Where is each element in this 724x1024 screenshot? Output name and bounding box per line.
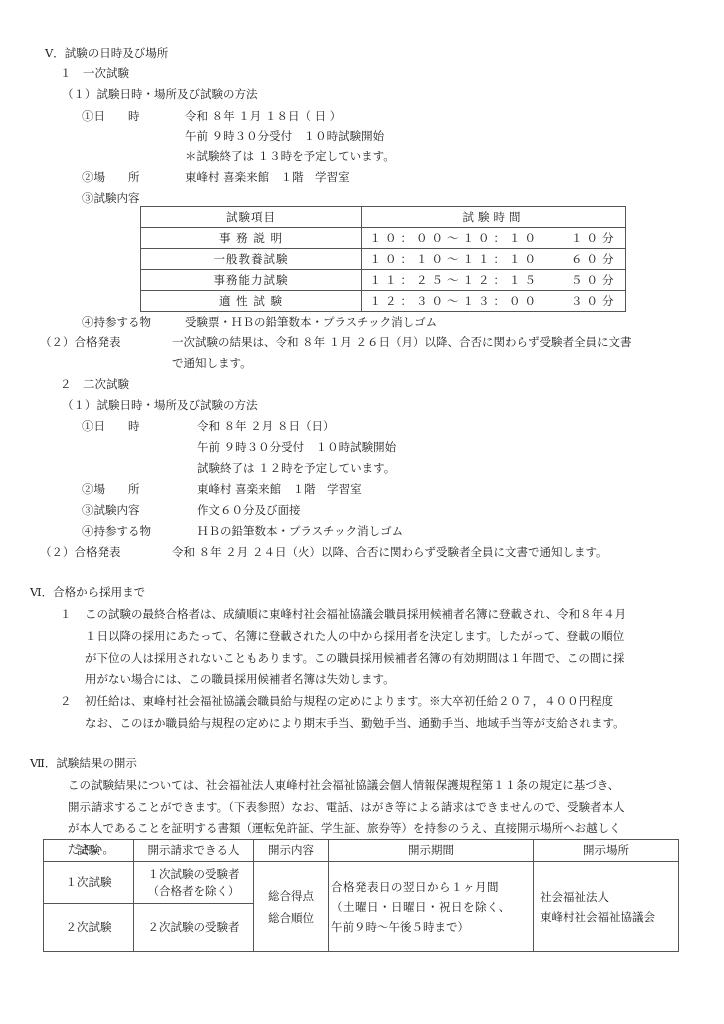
second-end-note: 試験終了は １２時を予定しています。 bbox=[197, 459, 395, 477]
table-cell: １２：３０～１３：００ ３０分 bbox=[362, 291, 626, 312]
table-cell: 一般教養試験 bbox=[141, 249, 362, 270]
first-exam-heading: １ 一次試験 bbox=[60, 64, 129, 82]
table-cell-line: 東峰村社会福祉協議会 bbox=[540, 907, 678, 927]
table-cell: １１：２５～１２：１５ ５０分 bbox=[362, 270, 626, 291]
second-bring-value: ＨＢの鉛筆数本・プラスチック消しゴム bbox=[197, 522, 403, 540]
table-cell: ２次試験の受験者 bbox=[134, 904, 254, 952]
table-cell-line: 社会福祉法人 bbox=[540, 887, 678, 907]
section-6-item-1-line: １日以降の採用にあたって、名簿に登載された人の中から採用者を決定します。したがっ… bbox=[85, 627, 624, 645]
table-header: 試験時間 bbox=[362, 207, 626, 228]
section-7-line: この試験結果については、社会福祉法人東峰村社会福祉協議会個人情報保護規程第１１条… bbox=[68, 776, 619, 794]
second-exam-heading: ２ 二次試験 bbox=[60, 375, 129, 393]
section-6-item-1-line: この試験の最終合格者は、成績順に東峰村社会福祉協議会職員採用候補者名簿に登載され… bbox=[85, 605, 626, 623]
table-cell: １次試験の受験者 （合格者を除く） bbox=[134, 862, 254, 904]
second-bring-label: ④持参する物 bbox=[82, 522, 151, 540]
table-cell: 事 務 説 明 bbox=[141, 228, 362, 249]
table-cell: 事務能力試験 bbox=[141, 270, 362, 291]
section-7-line: が本人であることを証明する書類（運転免許証、学生証、旅券等）を持参のうえ、直接開… bbox=[68, 819, 621, 837]
table-cell: 社会福祉法人 東峰村社会福祉協議会 bbox=[534, 862, 679, 952]
table-cell: ２次試験 bbox=[44, 904, 134, 952]
first-result-line-1: 一次試験の結果は、令和 ８年 １月 ２６日（月）以降、合否に関わらず受験者全員に… bbox=[172, 333, 631, 351]
first-bring-value: 受験票・ＨＢの鉛筆数本・プラスチック消しゴム bbox=[185, 313, 437, 331]
table-row: １次試験 １次試験の受験者 （合格者を除く） 総合得点 総合順位 合格発表日の翌… bbox=[44, 862, 679, 904]
first-content-label: ③試験内容 bbox=[82, 189, 140, 207]
table-header: 試験項目 bbox=[141, 207, 362, 228]
table-header-row: 試験項目 試験時間 bbox=[141, 207, 626, 228]
first-end-note: ＊試験終了は １３時を予定しています。 bbox=[185, 147, 395, 165]
table-header: 開示請求できる人 bbox=[134, 840, 254, 862]
section-6-item-1-line: 用がない場合には、この職員採用候補者名簿は失効します。 bbox=[85, 670, 395, 688]
section-6-item-1-number: １ bbox=[60, 605, 72, 623]
table-cell: １次試験 bbox=[44, 862, 134, 904]
table-row: 事務能力試験 １１：２５～１２：１５ ５０分 bbox=[141, 270, 626, 291]
first-bring-label: ④持参する物 bbox=[82, 313, 151, 331]
table-cell-line: 総合順位 bbox=[254, 907, 328, 929]
section-6-title: Ⅵ．合格から採用まで bbox=[30, 583, 145, 601]
second-result-value: 令和 ８年 ２月 ２４日（火）以降、合否に関わらず受験者全員に文書で通知します。 bbox=[172, 543, 608, 561]
section-6-item-2-line: 初任給は、東峰村社会福祉協議会職員給与規程の定めによります。※大卒初任給２０７，… bbox=[85, 692, 613, 710]
table-cell-line: １次試験の受験者 bbox=[134, 866, 253, 883]
second-result-label: （２）合格発表 bbox=[40, 543, 121, 561]
second-date-value: 令和 ８年 ２月 ８日（日） bbox=[197, 417, 334, 435]
second-exam-subheading: （１）試験日時・場所及び試験の方法 bbox=[62, 396, 258, 414]
table-row: 一般教養試験 １０：１０～１１：１０ ６０分 bbox=[141, 249, 626, 270]
table-header: 開示期間 bbox=[329, 840, 534, 862]
first-place-value: 東峰村 喜楽来館 １階 学習室 bbox=[185, 168, 350, 186]
table-header: 試験 bbox=[44, 840, 134, 862]
table-cell: １０：１０～１１：１０ ６０分 bbox=[362, 249, 626, 270]
section-7-title: Ⅶ．試験結果の開示 bbox=[30, 754, 137, 772]
section-6-item-2-line: なお、このほか職員給与規程の定めにより期末手当、勤勉手当、通勤手当、地域手当等が… bbox=[85, 714, 625, 732]
first-result-label: （２）合格発表 bbox=[40, 333, 121, 351]
section-6-item-2-number: ２ bbox=[60, 692, 72, 710]
table-cell-line: 合格発表日の翌日から１ヶ月間 bbox=[331, 877, 533, 897]
table-cell-line: （土曜日・日曜日・祝日を除く、 bbox=[331, 897, 533, 917]
second-time-value: 午前 ９時３０分受付 １０時試験開始 bbox=[197, 438, 396, 456]
second-date-label: ①日 時 bbox=[82, 417, 140, 435]
table-cell: 合格発表日の翌日から１ヶ月間 （土曜日・日曜日・祝日を除く、 午前９時～午後５時… bbox=[329, 862, 534, 952]
second-place-label: ②場 所 bbox=[82, 480, 140, 498]
first-exam-schedule-table: 試験項目 試験時間 事 務 説 明 １０：００～１０：１０ １０分 一般教養試験… bbox=[140, 206, 626, 312]
first-place-label: ②場 所 bbox=[82, 168, 140, 186]
first-exam-subheading: （１）試験日時・場所及び試験の方法 bbox=[62, 85, 258, 103]
table-cell-line: （合格者を除く） bbox=[134, 883, 253, 900]
section-7-line: 開示請求することができます。（下表参照）なお、電話、はがき等による請求はできませ… bbox=[68, 798, 625, 816]
disclosure-table: 試験 開示請求できる人 開示内容 開示期間 開示場所 １次試験 １次試験の受験者… bbox=[43, 839, 679, 952]
section-5-title: Ⅴ．試験の日時及び場所 bbox=[45, 44, 168, 62]
table-row: 事 務 説 明 １０：００～１０：１０ １０分 bbox=[141, 228, 626, 249]
table-cell: 総合得点 総合順位 bbox=[254, 862, 329, 952]
table-header: 開示場所 bbox=[534, 840, 679, 862]
first-date-value: 令和 ８年 １月 １８日（ 日 ） bbox=[185, 107, 341, 125]
table-header: 開示内容 bbox=[254, 840, 329, 862]
table-cell: 適 性 試 験 bbox=[141, 291, 362, 312]
second-content-value: 作文６０分及び面接 bbox=[197, 501, 301, 519]
first-result-line-2: で通知します。 bbox=[172, 354, 252, 372]
section-6-item-1-line: が下位の人は採用されないこともあります。この職員採用候補者名簿の有効期間は１年間… bbox=[85, 649, 624, 667]
first-date-label: ①日 時 bbox=[82, 107, 140, 125]
first-time-value: 午前 ９時３０分受付 １０時試験開始 bbox=[185, 127, 384, 145]
table-row: 適 性 試 験 １２：３０～１３：００ ３０分 bbox=[141, 291, 626, 312]
table-cell-line: 総合得点 bbox=[254, 885, 328, 907]
table-header-row: 試験 開示請求できる人 開示内容 開示期間 開示場所 bbox=[44, 840, 679, 862]
second-place-value: 東峰村 喜楽来館 １階 学習室 bbox=[197, 480, 362, 498]
second-content-label: ③試験内容 bbox=[82, 501, 140, 519]
table-cell-line: 午前９時～午後５時まで） bbox=[331, 917, 533, 937]
table-cell: １０：００～１０：１０ １０分 bbox=[362, 228, 626, 249]
